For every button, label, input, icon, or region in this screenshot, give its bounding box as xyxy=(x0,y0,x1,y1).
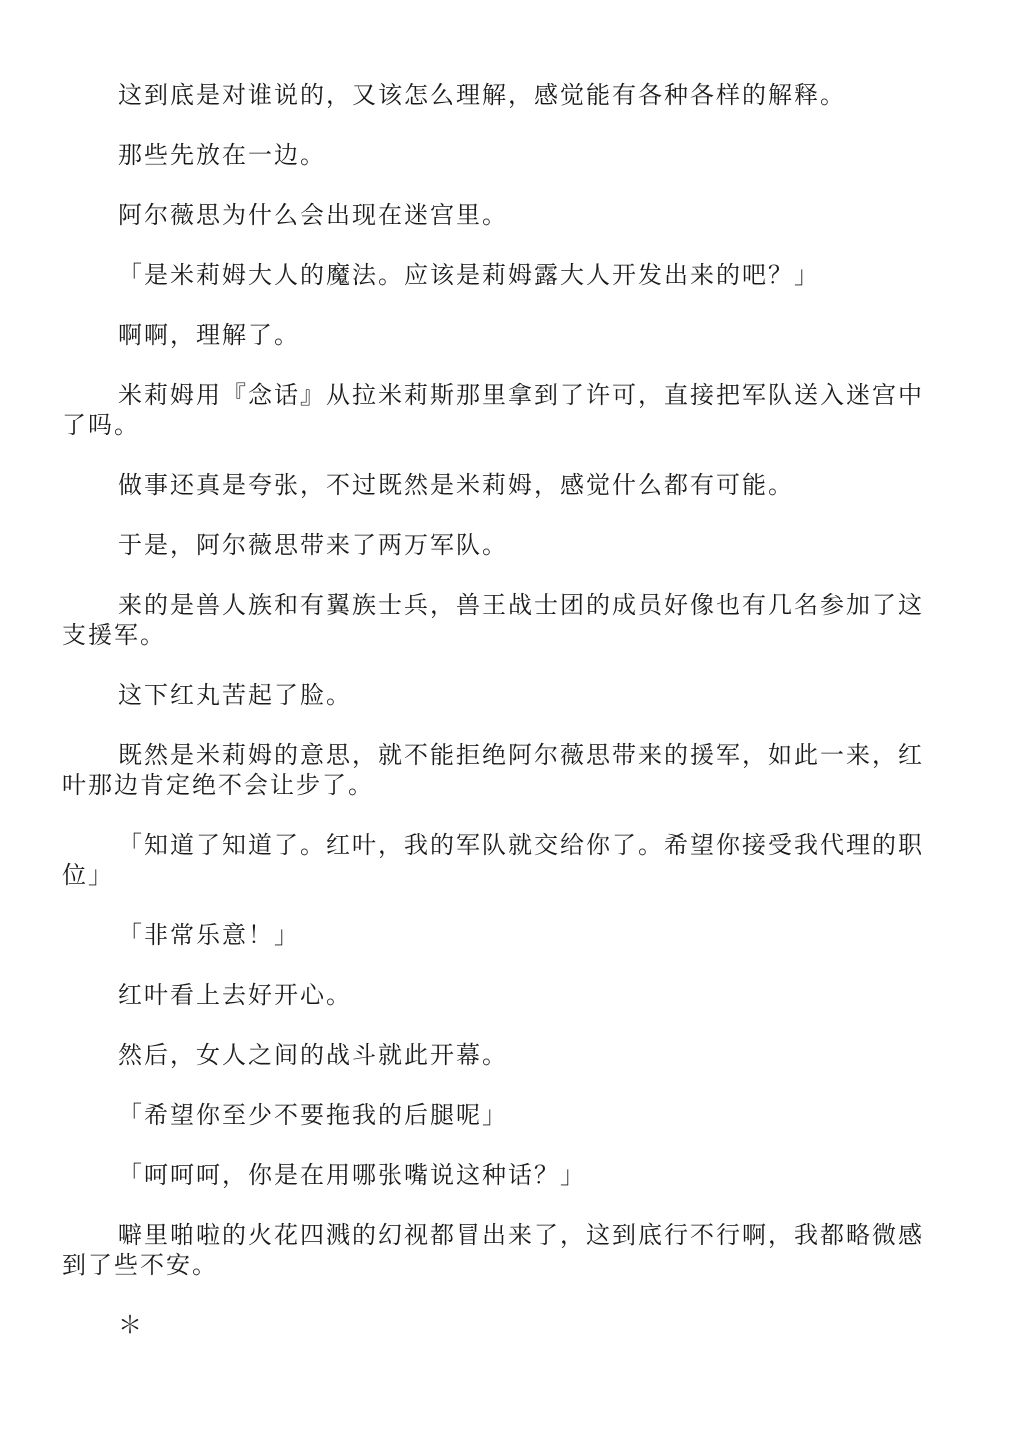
text-body: 这到底是对谁说的，又该怎么理解，感觉能有各种各样的解释。那些先放在一边。阿尔薇思… xyxy=(62,81,942,1341)
paragraph-narration: 做事还真是夸张，不过既然是米莉姆，感觉什么都有可能。 xyxy=(62,471,942,501)
paragraph-narration: 阿尔薇思为什么会出现在迷宫里。 xyxy=(62,201,942,231)
paragraph-dialogue: 「是米莉姆大人的魔法。应该是莉姆露大人开发出来的吧？」 xyxy=(62,261,942,291)
paragraph-dialogue: 「呵呵呵，你是在用哪张嘴说这种话？」 xyxy=(62,1161,942,1191)
paragraph-narration: 这到底是对谁说的，又该怎么理解，感觉能有各种各样的解释。 xyxy=(62,81,942,111)
paragraph-narration: 然后，女人之间的战斗就此开幕。 xyxy=(62,1041,942,1071)
paragraph-narration: 红叶看上去好开心。 xyxy=(62,981,942,1011)
section-divider-star: ＊ xyxy=(62,1311,942,1341)
document-page: 这到底是对谁说的，又该怎么理解，感觉能有各种各样的解释。那些先放在一边。阿尔薇思… xyxy=(0,0,1017,1437)
paragraph-narration: 啊啊，理解了。 xyxy=(62,321,942,351)
paragraph-narration: 来的是兽人族和有翼族士兵，兽王战士团的成员好像也有几名参加了这支援军。 xyxy=(62,591,942,651)
paragraph-dialogue: 「非常乐意！」 xyxy=(62,921,942,951)
paragraph-narration: 那些先放在一边。 xyxy=(62,141,942,171)
paragraph-dialogue: 「知道了知道了。红叶，我的军队就交给你了。希望你接受我代理的职位」 xyxy=(62,831,942,891)
paragraph-narration: 于是，阿尔薇思带来了两万军队。 xyxy=(62,531,942,561)
paragraph-narration: 既然是米莉姆的意思，就不能拒绝阿尔薇思带来的援军，如此一来，红叶那边肯定绝不会让… xyxy=(62,741,942,801)
paragraph-dialogue: 「希望你至少不要拖我的后腿呢」 xyxy=(62,1101,942,1131)
paragraph-narration: 米莉姆用『念话』从拉米莉斯那里拿到了许可，直接把军队送入迷宫中了吗。 xyxy=(62,381,942,441)
paragraph-narration: 这下红丸苦起了脸。 xyxy=(62,681,942,711)
paragraph-narration: 噼里啪啦的火花四溅的幻视都冒出来了，这到底行不行啊，我都略微感到了些不安。 xyxy=(62,1221,942,1281)
